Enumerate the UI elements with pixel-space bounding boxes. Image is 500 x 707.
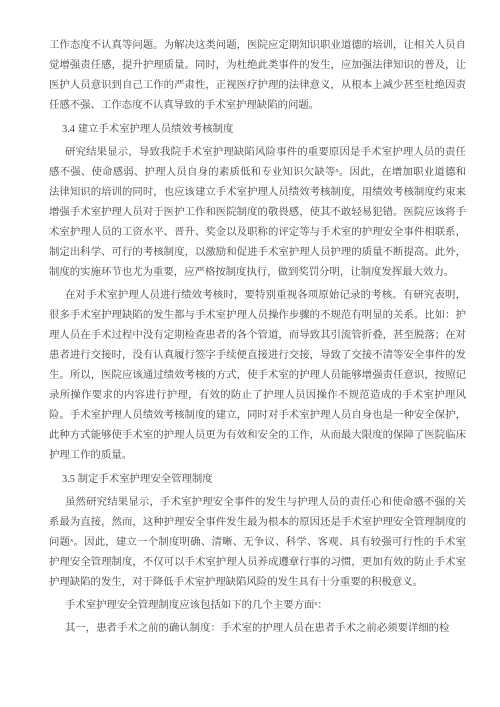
section-heading: 3.5 制定手术室护理安全管理制度	[49, 470, 466, 490]
paragraph: 其一，患者手术之前的确认制度：手术室的护理人员在患者手术之前必须要详细的检	[49, 619, 466, 639]
paragraph-continuation: 工作态度不认真等问题。为解决这类问题，医院应定期知识职业道德的培训，让相关人员自…	[49, 36, 466, 116]
paragraph: 研究结果显示，导致我院手术室护理缺陷风险事件的重要原因是手术室护理人员的责任感不…	[49, 143, 466, 283]
document-page: 工作态度不认真等问题。为解决这类问题，医院应定期知识职业道德的培训，让相关人员自…	[0, 0, 500, 707]
paragraph: 手术室护理安全管理制度应该包括如下的几个主要方面ˣ：	[49, 596, 466, 616]
section-heading: 3.4 建立手术室护理人员绩效考核制度	[49, 120, 466, 140]
paragraph: 虽然研究结果显示，手术室护理安全事件的发生与护理人员的责任心和使命感不强的关系最…	[49, 493, 466, 593]
paragraph: 在对手术室护理人员进行绩效考核时，要特别重视各项原始记录的考核。有研究表明，很多…	[49, 286, 466, 466]
document-text-column: 工作态度不认真等问题。为解决这类问题，医院应定期知识职业道德的培训，让相关人员自…	[49, 36, 466, 642]
